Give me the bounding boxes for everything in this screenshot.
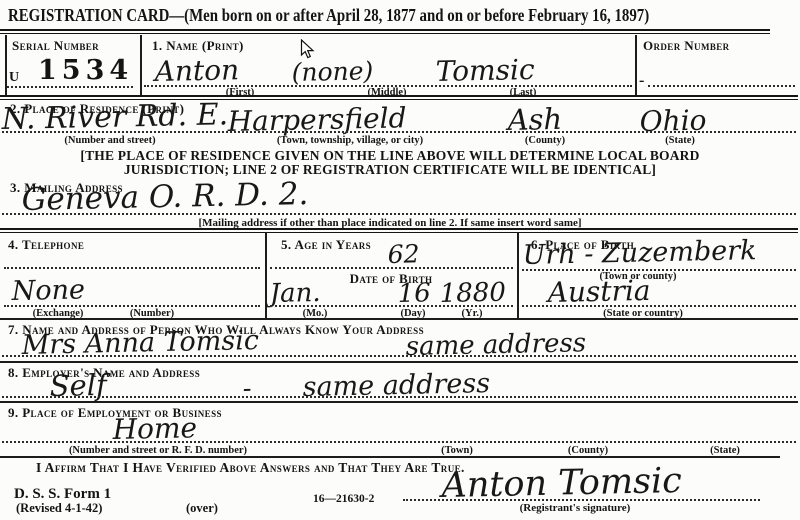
registration-card-scan: REGISTRATION CARD—(Men born on or after … xyxy=(0,0,800,520)
divider-age-birthplace xyxy=(517,232,519,318)
name-first-value: Anton xyxy=(154,53,239,88)
employer-dash-value: - xyxy=(242,374,251,404)
telephone-value: None xyxy=(11,274,85,307)
employment-line xyxy=(2,441,796,443)
signature-sublabel: (Registrant's signature) xyxy=(460,502,690,514)
residence-notice-line2: JURISDICTION; LINE 2 OF REGISTRATION CER… xyxy=(0,162,780,178)
employment-sublabel-street: (Number and street or R. F. D. number) xyxy=(28,445,288,456)
age-value: 62 xyxy=(387,239,419,269)
affirmation-text: I Affirm That I Have Verified Above Answ… xyxy=(36,460,465,476)
rule-under-row456 xyxy=(0,318,798,320)
rule-under-mailing xyxy=(0,228,798,233)
residence-sublabel-county: (County) xyxy=(503,135,587,146)
registrant-signature: Anton Tomsic xyxy=(441,461,682,506)
cursor-arrow-icon xyxy=(300,39,315,60)
serial-number-label: Serial Number xyxy=(12,38,99,54)
birthplace-country-line xyxy=(522,305,796,307)
rule-under-contact xyxy=(0,361,798,363)
row1-divider-serial-name xyxy=(140,35,142,95)
birthplace-town-value: Urh - Zuzemberk xyxy=(522,235,756,271)
rule-under-employer xyxy=(0,401,798,403)
telephone-label: 4. Telephone xyxy=(8,237,84,253)
over-note: (over) xyxy=(186,501,218,516)
dob-line xyxy=(270,305,513,307)
residence-sublabel-state: (State) xyxy=(645,135,715,146)
order-number-label: Order Number xyxy=(643,38,730,54)
telephone-line2 xyxy=(4,305,260,307)
card-title: REGISTRATION CARD—(Men born on or after … xyxy=(8,5,649,26)
residence-line xyxy=(2,131,796,133)
rule-under-employment xyxy=(0,456,780,458)
mouse-cursor xyxy=(300,39,315,65)
row1-divider-name-order xyxy=(635,35,637,95)
contact-line xyxy=(2,355,796,357)
mailing-value: Geneva O. R. D. 2. xyxy=(21,176,308,218)
employer-line xyxy=(2,396,796,398)
name-last-value: Tomsic xyxy=(435,53,535,88)
name-label: 1. Name (Print) xyxy=(152,38,244,54)
print-code: 16—21630-2 xyxy=(313,493,374,505)
employment-sublabel-town: (Town) xyxy=(425,445,489,456)
serial-number-value: 1534 xyxy=(38,55,133,86)
birthplace-country-value: Austria xyxy=(547,274,651,309)
serial-number-prefix: U xyxy=(9,70,20,86)
order-number-line xyxy=(648,85,795,87)
rule-under-title xyxy=(0,29,770,34)
serial-number-line xyxy=(7,86,133,88)
employment-sublabel-state: (State) xyxy=(693,445,757,456)
order-number-value: - xyxy=(639,72,644,90)
telephone-line1 xyxy=(4,267,260,269)
employment-sublabel-county: (County) xyxy=(548,445,628,456)
form-revised: (Revised 4-1-42) xyxy=(16,501,102,516)
mailing-line xyxy=(2,213,796,215)
residence-sublabel-street: (Number and street) xyxy=(30,135,190,146)
residence-sublabel-town: (Town, township, village, or city) xyxy=(250,135,450,146)
age-line xyxy=(270,267,513,269)
age-label: 5. Age in Years xyxy=(281,237,371,253)
